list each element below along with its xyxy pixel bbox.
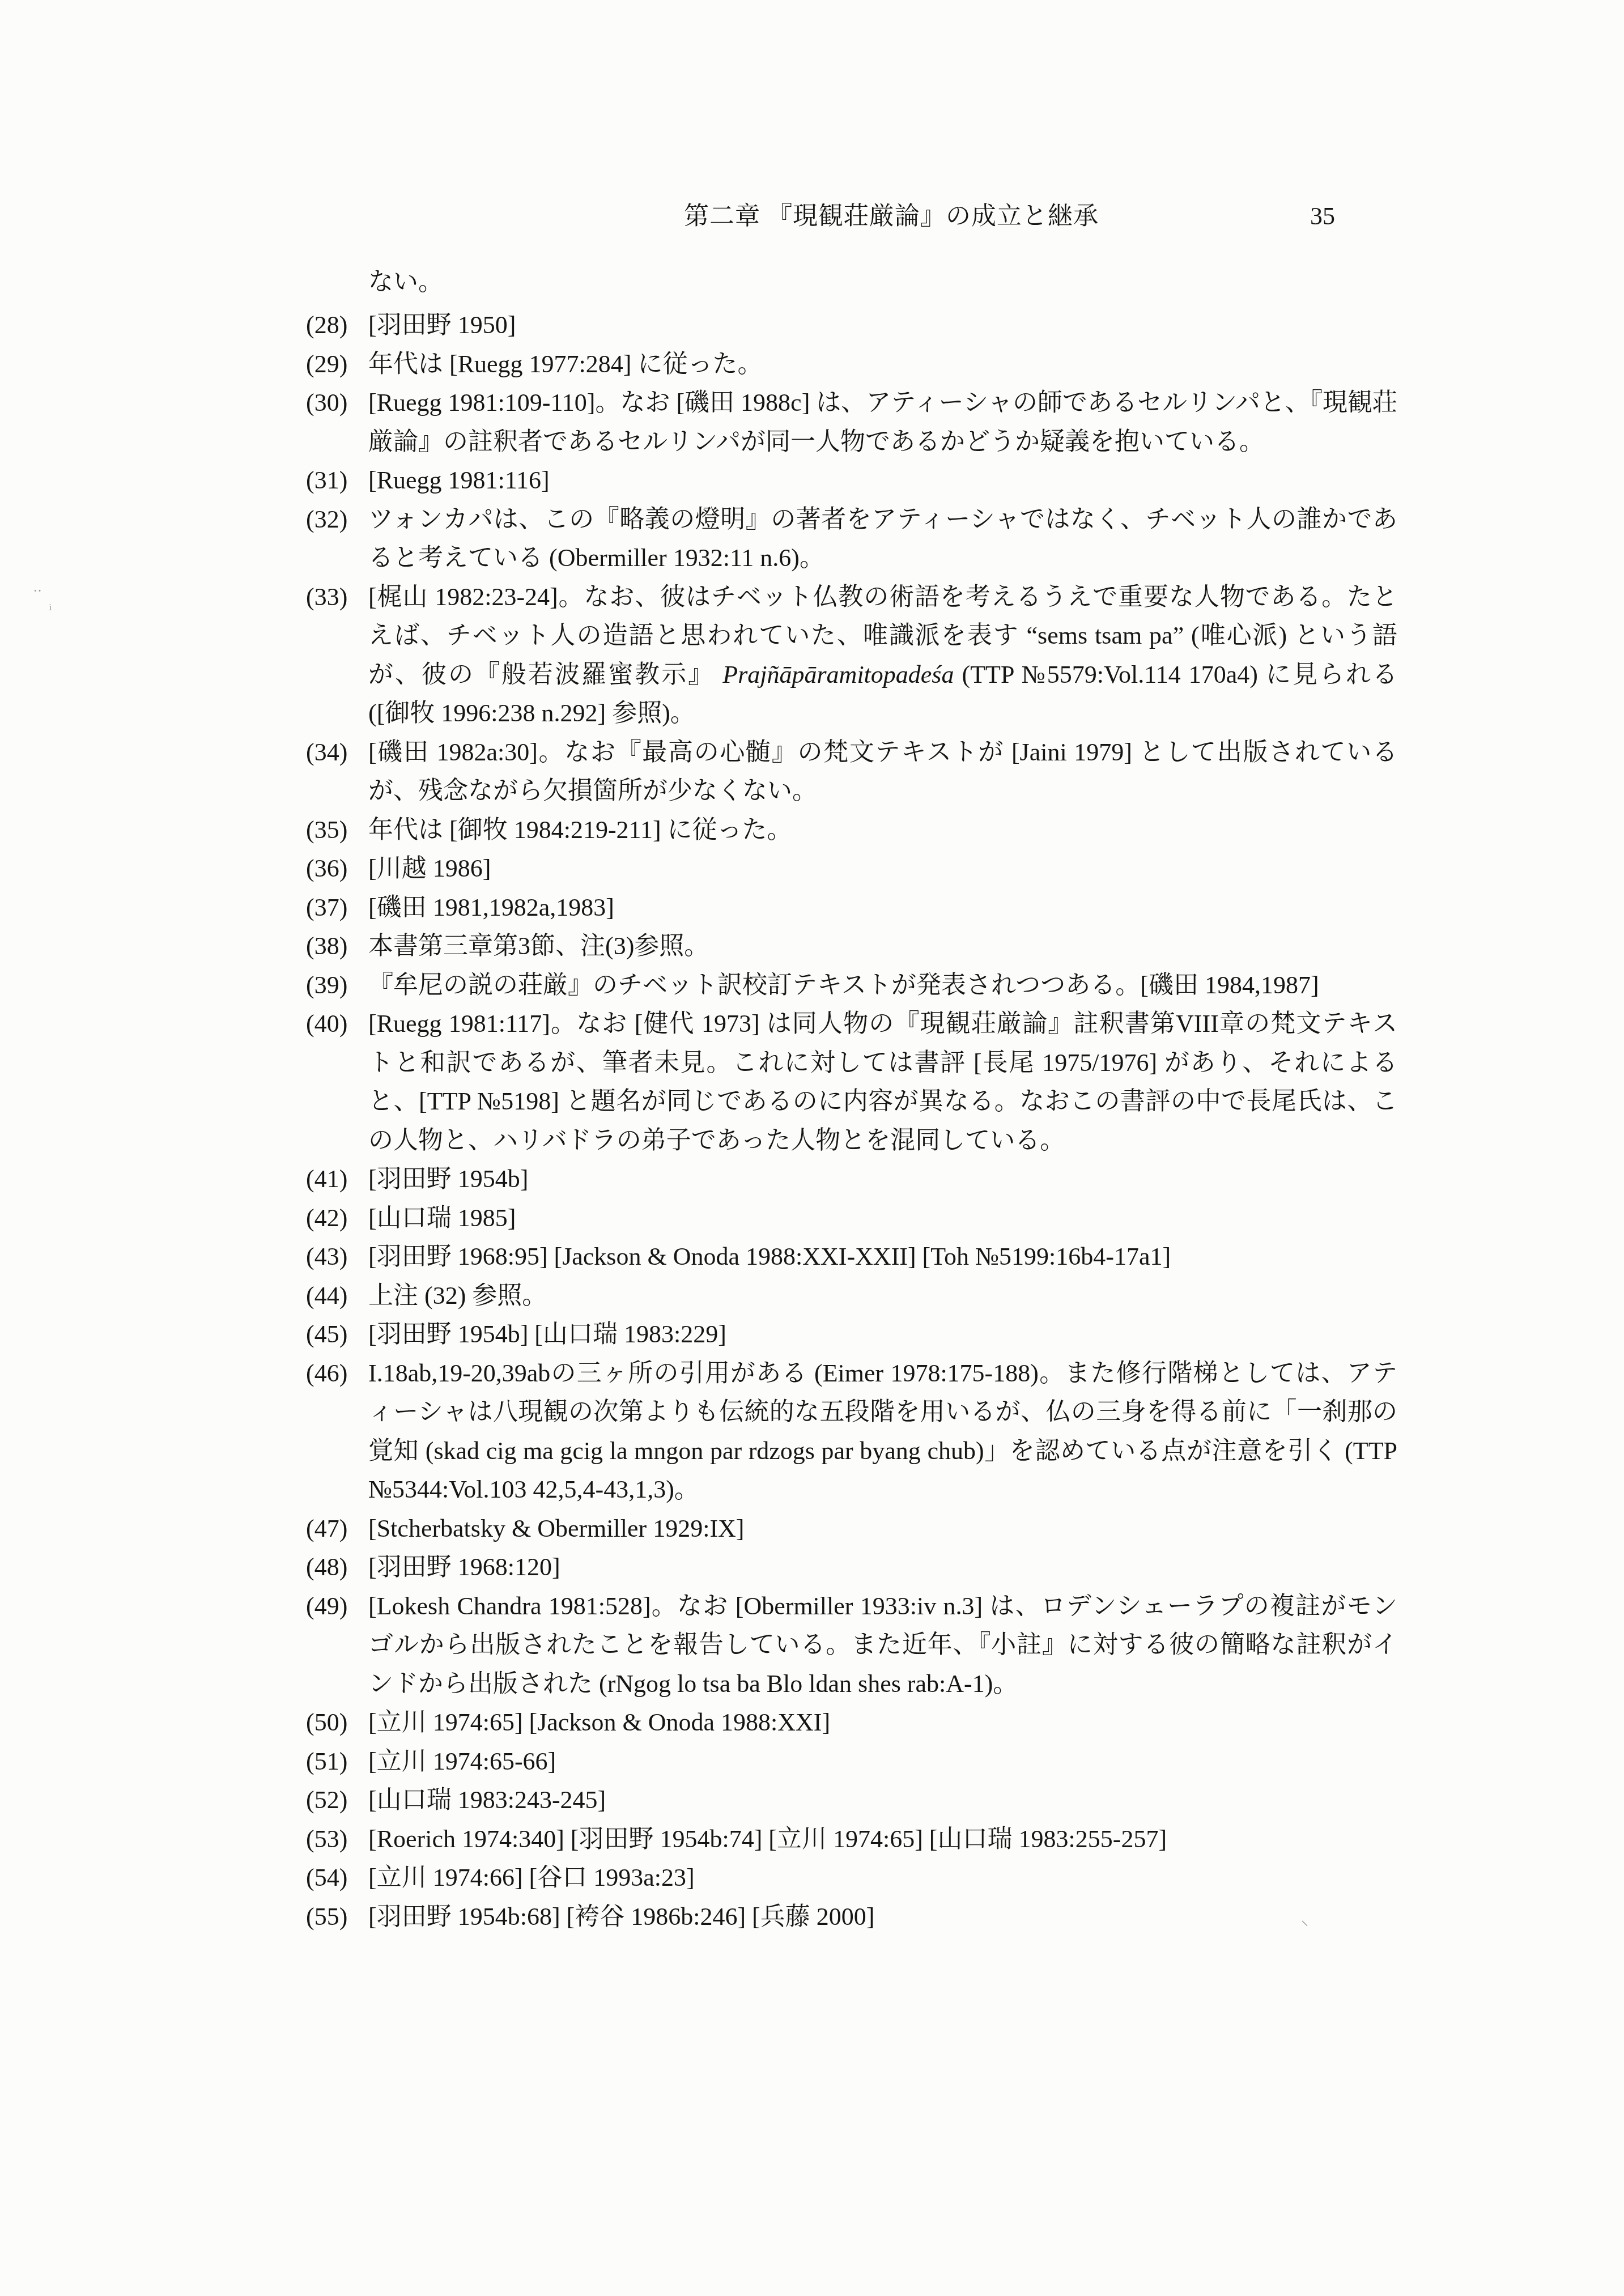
note-text-segment: [羽田野 1954b] [山口瑞 1983:229]: [368, 1320, 726, 1348]
note-number: (50): [306, 1703, 368, 1742]
note-text-segment: [羽田野 1954b:68] [袴谷 1986b:246] [兵藤 2000]: [368, 1903, 874, 1931]
note-text-segment: 上注 (32) 参照。: [368, 1282, 547, 1309]
note-text-segment: [Lokesh Chandra 1981:528]。なお [Obermiller…: [368, 1592, 1397, 1698]
note-text-segment: [Ruegg 1981:109-110]。なお [磯田 1988c] は、アティ…: [368, 389, 1397, 456]
note-text: [羽田野 1968:95] [Jackson & Onoda 1988:XXI-…: [368, 1238, 1397, 1277]
note-number: (31): [306, 461, 368, 500]
note-row: (53)[Roerich 1974:340] [羽田野 1954b:74] [立…: [306, 1820, 1397, 1859]
note-text: [羽田野 1954b:68] [袴谷 1986b:246] [兵藤 2000]: [368, 1898, 1397, 1937]
note-row: (50)[立川 1974:65] [Jackson & Onoda 1988:X…: [306, 1703, 1397, 1742]
note-text-segment: [立川 1974:65-66]: [368, 1747, 556, 1775]
note-number: (55): [306, 1898, 368, 1937]
note-text-italic-segment: Prajñāpāramitopadeśa: [722, 661, 954, 688]
note-text: 本書第三章第3節、注(3)参照。: [368, 927, 1397, 966]
note-row: (28)[羽田野 1950]: [306, 306, 1397, 345]
note-text-segment: [Roerich 1974:340] [羽田野 1954b:74] [立川 19…: [368, 1825, 1167, 1853]
note-text-segment: [磯田 1981,1982a,1983]: [368, 894, 614, 921]
note-text: [Ruegg 1981:116]: [368, 461, 1397, 500]
page-header: 第二章 『現観荘厳論』の成立と継承 35: [306, 199, 1397, 233]
note-number: (53): [306, 1820, 368, 1859]
note-row: (37)[磯田 1981,1982a,1983]: [306, 888, 1397, 928]
note-number: (52): [306, 1781, 368, 1820]
note-text: [川越 1986]: [368, 849, 1397, 888]
note-row: (52)[山口瑞 1983:243-245]: [306, 1781, 1397, 1820]
note-text-segment: [Ruegg 1981:117]。なお [健代 1973] は同人物の『現観荘厳…: [368, 1010, 1397, 1154]
note-number: (41): [306, 1160, 368, 1199]
note-number: (37): [306, 888, 368, 928]
note-text-segment: [羽田野 1968:120]: [368, 1553, 560, 1581]
note-row: (36)[川越 1986]: [306, 849, 1397, 888]
note-row: (33)[梶山 1982:23-24]。なお、彼はチベット仏教の術語を考えるうえ…: [306, 578, 1397, 733]
note-number: (54): [306, 1859, 368, 1898]
note-text: [山口瑞 1985]: [368, 1199, 1397, 1238]
note-text-segment: [羽田野 1968:95] [Jackson & Onoda 1988:XXI-…: [368, 1243, 1171, 1270]
leading-text-fragment: ない。: [368, 265, 443, 299]
note-row: (55)[羽田野 1954b:68] [袴谷 1986b:246] [兵藤 20…: [306, 1898, 1397, 1937]
note-text: 『牟尼の説の荘厳』のチベット訳校訂テキストが発表されつつある。[磯田 1984,…: [368, 966, 1397, 1005]
note-row: (30)[Ruegg 1981:109-110]。なお [磯田 1988c] は…: [306, 384, 1397, 461]
note-row: (34)[磯田 1982a:30]。なお『最高の心髄』の梵文テキストが [Jai…: [306, 733, 1397, 811]
scan-artifact: ·∙: [33, 582, 41, 599]
note-text-segment: [山口瑞 1985]: [368, 1204, 516, 1232]
note-number: (49): [306, 1587, 368, 1704]
note-text-segment: I.18ab,19-20,39abの三ヶ所の引用がある (Eimer 1978:…: [368, 1359, 1397, 1504]
note-text-segment: [羽田野 1950]: [368, 311, 516, 339]
note-number: (32): [306, 500, 368, 578]
note-row: (46)I.18ab,19-20,39abの三ヶ所の引用がある (Eimer 1…: [306, 1354, 1397, 1510]
note-number: (44): [306, 1277, 368, 1316]
note-text: [Stcherbatsky & Obermiller 1929:IX]: [368, 1510, 1397, 1549]
note-text: ツォンカパは、この『略義の燈明』の著者をアティーシャではなく、チベット人の誰かで…: [368, 500, 1397, 578]
note-number: (36): [306, 849, 368, 888]
note-row: (42)[山口瑞 1985]: [306, 1199, 1397, 1238]
note-text: I.18ab,19-20,39abの三ヶ所の引用がある (Eimer 1978:…: [368, 1354, 1397, 1510]
note-text: [Ruegg 1981:117]。なお [健代 1973] は同人物の『現観荘厳…: [368, 1005, 1397, 1160]
note-text: [羽田野 1968:120]: [368, 1548, 1397, 1587]
note-number: (35): [306, 811, 368, 850]
note-text: 年代は [御牧 1984:219-211] に従った。: [368, 811, 1397, 850]
page-number: 35: [1310, 199, 1335, 233]
note-row: (40)[Ruegg 1981:117]。なお [健代 1973] は同人物の『…: [306, 1005, 1397, 1160]
note-row: (54)[立川 1974:66] [谷口 1993a:23]: [306, 1859, 1397, 1898]
note-row: (44)上注 (32) 参照。: [306, 1277, 1397, 1316]
note-number: (47): [306, 1510, 368, 1549]
note-text: [羽田野 1950]: [368, 306, 1397, 345]
note-number: (38): [306, 927, 368, 966]
note-row: (45)[羽田野 1954b] [山口瑞 1983:229]: [306, 1315, 1397, 1354]
note-number: (42): [306, 1199, 368, 1238]
note-text: [Ruegg 1981:109-110]。なお [磯田 1988c] は、アティ…: [368, 384, 1397, 461]
note-number: (28): [306, 306, 368, 345]
note-text: [山口瑞 1983:243-245]: [368, 1781, 1397, 1820]
note-text: [磯田 1981,1982a,1983]: [368, 888, 1397, 928]
note-text: [磯田 1982a:30]。なお『最高の心髄』の梵文テキストが [Jaini 1…: [368, 733, 1397, 811]
note-row: (39)『牟尼の説の荘厳』のチベット訳校訂テキストが発表されつつある。[磯田 1…: [306, 966, 1397, 1005]
note-number: (48): [306, 1548, 368, 1587]
note-number: (40): [306, 1005, 368, 1160]
note-row: (43)[羽田野 1968:95] [Jackson & Onoda 1988:…: [306, 1238, 1397, 1277]
note-text-segment: [山口瑞 1983:243-245]: [368, 1786, 606, 1814]
note-text-segment: 年代は [Ruegg 1977:284] に従った。: [368, 350, 762, 378]
note-text-segment: 『牟尼の説の荘厳』のチベット訳校訂テキストが発表されつつある。[磯田 1984,…: [368, 971, 1319, 999]
note-text: [立川 1974:65-66]: [368, 1742, 1397, 1781]
notes-list: (28)[羽田野 1950](29)年代は [Ruegg 1977:284] に…: [306, 306, 1397, 1936]
note-text-segment: [Stcherbatsky & Obermiller 1929:IX]: [368, 1515, 745, 1542]
note-number: (45): [306, 1315, 368, 1354]
note-row: (49)[Lokesh Chandra 1981:528]。なお [Obermi…: [306, 1587, 1397, 1704]
note-text: [羽田野 1954b]: [368, 1160, 1397, 1199]
note-text: [羽田野 1954b] [山口瑞 1983:229]: [368, 1315, 1397, 1354]
note-number: (39): [306, 966, 368, 1005]
note-number: (34): [306, 733, 368, 811]
note-text-segment: [立川 1974:66] [谷口 1993a:23]: [368, 1864, 695, 1891]
scan-artifact: ⁱ: [49, 602, 52, 619]
note-row: (31)[Ruegg 1981:116]: [306, 461, 1397, 500]
note-row: (32)ツォンカパは、この『略義の燈明』の著者をアティーシャではなく、チベット人…: [306, 500, 1397, 578]
note-text: [梶山 1982:23-24]。なお、彼はチベット仏教の術語を考えるうえで重要な…: [368, 578, 1397, 733]
note-number: (33): [306, 578, 368, 733]
note-text-segment: [立川 1974:65] [Jackson & Onoda 1988:XXI]: [368, 1708, 830, 1736]
note-number: (43): [306, 1238, 368, 1277]
note-row: (48)[羽田野 1968:120]: [306, 1548, 1397, 1587]
note-text-segment: [川越 1986]: [368, 854, 491, 882]
note-text: [Lokesh Chandra 1981:528]。なお [Obermiller…: [368, 1587, 1397, 1704]
note-number: (30): [306, 384, 368, 461]
note-row: (51)[立川 1974:65-66]: [306, 1742, 1397, 1781]
running-head-chapter-title: 第二章 『現観荘厳論』の成立と継承: [346, 199, 1437, 233]
note-row: (41)[羽田野 1954b]: [306, 1160, 1397, 1199]
note-text-segment: 年代は [御牧 1984:219-211] に従った。: [368, 816, 792, 844]
note-number: (29): [306, 345, 368, 384]
note-row: (29)年代は [Ruegg 1977:284] に従った。: [306, 345, 1397, 384]
note-text-segment: 本書第三章第3節、注(3)参照。: [368, 932, 709, 960]
note-text: 上注 (32) 参照。: [368, 1277, 1397, 1316]
note-row: (35)年代は [御牧 1984:219-211] に従った。: [306, 811, 1397, 850]
note-number: (51): [306, 1742, 368, 1781]
note-row: (47)[Stcherbatsky & Obermiller 1929:IX]: [306, 1510, 1397, 1549]
note-text-segment: ツォンカパは、この『略義の燈明』の著者をアティーシャではなく、チベット人の誰かで…: [368, 505, 1397, 572]
note-text-segment: [羽田野 1954b]: [368, 1165, 528, 1193]
note-text: [Roerich 1974:340] [羽田野 1954b:74] [立川 19…: [368, 1820, 1397, 1859]
note-text-segment: [Ruegg 1981:116]: [368, 466, 550, 494]
note-text-segment: [磯田 1982a:30]。なお『最高の心髄』の梵文テキストが [Jaini 1…: [368, 738, 1397, 805]
note-number: (46): [306, 1354, 368, 1510]
note-text: 年代は [Ruegg 1977:284] に従った。: [368, 345, 1397, 384]
note-text: [立川 1974:65] [Jackson & Onoda 1988:XXI]: [368, 1703, 1397, 1742]
note-text: [立川 1974:66] [谷口 1993a:23]: [368, 1859, 1397, 1898]
note-row: (38)本書第三章第3節、注(3)参照。: [306, 927, 1397, 966]
